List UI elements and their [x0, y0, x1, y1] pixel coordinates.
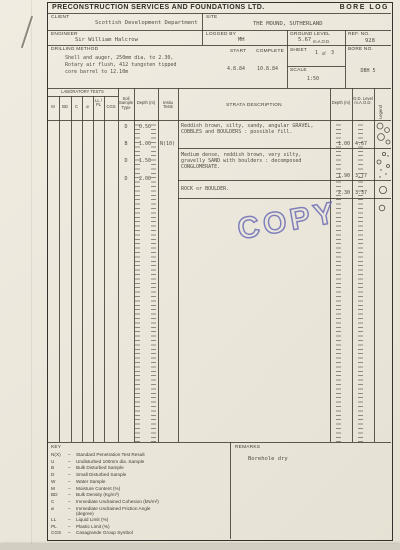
ground-level-value: 5.67 — [298, 37, 311, 43]
strata-description: ROCK or BOULDER. — [181, 186, 328, 192]
grid-line — [287, 66, 345, 67]
complete-label: COMPLETE — [256, 49, 284, 54]
grid-line — [287, 30, 288, 88]
depth2-header: Depth (m) — [331, 101, 351, 105]
key-dash: – — [68, 486, 76, 493]
remarks-label: REMARKS — [235, 445, 260, 450]
site-value: THE MOUND, SUTHERLAND — [253, 21, 323, 27]
grid-line — [71, 96, 72, 442]
engineer-value: Sir William Halcrow — [75, 37, 138, 43]
grid-line — [82, 96, 83, 442]
key-desc: Water Sample — [76, 479, 168, 485]
sample-type: D — [118, 158, 134, 164]
key-abbr: U — [51, 459, 68, 466]
key-entry: PL–Plastic Limit (%) — [51, 524, 227, 531]
key-dash: – — [68, 530, 76, 537]
grid-line — [330, 88, 331, 442]
key-abbr: C — [51, 499, 68, 506]
drilling-method-line3: core barrel to 12.10m — [65, 69, 128, 75]
key-abbr: B — [51, 465, 68, 472]
depth-tick-rail — [151, 120, 156, 442]
drilling-method-line2: Rotary air flush, 412 tungsten tipped — [65, 62, 176, 68]
sample-type: D — [118, 176, 134, 182]
ref-no-label: REF. NO. — [348, 32, 370, 37]
key-dash: – — [68, 479, 76, 486]
grid-line — [47, 442, 391, 443]
lab-col-c: C — [71, 105, 82, 109]
complete-date: 10.8.84 — [257, 66, 278, 72]
bore-log-page: PRECONSTRUCTION SERVICES AND FOUNDATIONS… — [0, 0, 400, 550]
key-desc: Plastic Limit (%) — [76, 524, 168, 530]
key-desc: Undisturbed 100mm dia. Sample — [76, 459, 168, 465]
key-abbr: LL — [51, 517, 68, 524]
key-entry: W–Water Sample — [51, 479, 227, 486]
key-abbr: CGS — [51, 530, 68, 537]
lab-col-bd: BD — [59, 105, 71, 109]
key-entry: ø–Immediate Undrained Friction Angle (de… — [51, 506, 227, 517]
scale-value: 1:50 — [307, 76, 319, 82]
key-desc: Liquid Limit (%) — [76, 517, 168, 523]
key-abbr: PL — [51, 524, 68, 531]
key-dash: – — [68, 465, 76, 472]
key-dash: – — [68, 452, 76, 459]
scale-label: SCALE — [290, 68, 307, 73]
key-list: N(X)–Standard Penetration Test Result U–… — [51, 452, 227, 537]
doc-type-title: BORE LOG — [333, 4, 389, 11]
od-tick-rail — [358, 120, 363, 442]
key-dash: – — [68, 517, 76, 524]
sample-depth: 1.50 — [135, 158, 155, 164]
strata-description: Reddish brown, silty, sandy, angular GRA… — [181, 123, 328, 135]
strata-od: 4.67 — [355, 141, 373, 147]
strata-od: 3.77 — [355, 173, 373, 179]
depth-header: Depth (m) — [136, 101, 156, 105]
grid-line — [158, 88, 159, 442]
sample-type: B — [118, 141, 134, 147]
key-abbr: BD — [51, 492, 68, 499]
strata-depth: 1.00 — [332, 141, 350, 147]
grid-line — [47, 13, 391, 14]
key-entry: D–Small Disturbed Sample — [51, 472, 227, 479]
logged-by-label: LOGGED BY — [206, 32, 236, 37]
sample-type: D — [118, 124, 134, 130]
remarks-value: Borehole dry — [248, 456, 288, 462]
depth-tick-rail — [336, 120, 341, 442]
key-dash: – — [68, 492, 76, 499]
engineer-label: ENGINEER — [51, 32, 78, 37]
grid-line — [230, 442, 231, 539]
key-entry: U–Undisturbed 100mm dia. Sample — [51, 459, 227, 466]
key-dash: – — [68, 499, 76, 506]
grid-line — [202, 13, 203, 45]
sample-depth: 0.50 — [135, 124, 155, 130]
lab-col-m: M — [47, 105, 59, 109]
insitu-header: Insitu Tests — [159, 101, 177, 110]
key-desc: Immediate Undrained Friction Angle (degr… — [76, 506, 168, 517]
strata-description-header: STRATA DESCRIPTION — [178, 103, 330, 108]
od-level-header: O.D. Level m.A.O.D. — [353, 97, 373, 106]
soil-sample-header: Soil Sample Type — [119, 97, 133, 110]
key-desc: Casagrande Group Symbol — [76, 530, 168, 536]
lab-col-phi: ø — [82, 105, 93, 109]
sample-depth: 1.00 — [135, 141, 155, 147]
key-dash: – — [68, 472, 76, 479]
key-desc: Immediate Undrained Cohesion (kN/m²) — [76, 499, 168, 505]
key-abbr: ø — [51, 506, 68, 513]
bore-no-label: BORE NO. — [348, 47, 373, 52]
sheet-of-label: of — [322, 52, 326, 56]
depth-tick-rail — [135, 120, 140, 442]
key-entry: C–Immediate Undrained Cohesion (kN/m²) — [51, 499, 227, 506]
grid-line — [59, 96, 60, 442]
key-entry: LL–Liquid Limit (%) — [51, 517, 227, 524]
key-desc: Moisture Content (%) — [76, 486, 168, 492]
drilling-method-line1: Shell and auger, 250mm dia, to 2.30, — [65, 55, 173, 61]
grid-line — [352, 88, 353, 442]
key-entry: M–Moisture Content (%) — [51, 486, 227, 493]
insitu-test-result: N(10) — [160, 141, 175, 147]
key-dash: – — [68, 459, 76, 466]
sheet-no: 1 — [315, 50, 318, 56]
client-value: Scottish Development Department — [95, 20, 198, 26]
lab-tests-header: LABORATORY TESTS — [47, 90, 118, 94]
ref-no-value: 928 — [365, 38, 375, 44]
grid-line — [104, 96, 105, 442]
sheet-total: 3 — [331, 50, 334, 56]
key-desc: Bulk Density (Kg/m³) — [76, 492, 168, 498]
legend-symbols — [375, 120, 392, 220]
key-dash: – — [68, 506, 76, 513]
key-abbr: W — [51, 479, 68, 486]
lab-col-ll-pl: LL / PL — [94, 99, 103, 107]
key-abbr: N(X) — [51, 452, 68, 459]
sheet-label: SHEET — [290, 48, 307, 53]
grid-line — [93, 96, 94, 442]
key-entry: CGS–Casagrande Group Symbol — [51, 530, 227, 537]
key-entry: BD–Bulk Density (Kg/m³) — [51, 492, 227, 499]
key-abbr: D — [51, 472, 68, 479]
key-desc: Bulk Disturbed Sample — [76, 465, 168, 471]
logged-by-value: MH — [238, 37, 245, 43]
paper-bottom-edge — [0, 544, 400, 550]
key-dash: – — [68, 524, 76, 531]
grid-line — [47, 45, 391, 46]
bore-no-value: DBH 5 — [348, 68, 388, 74]
grid-line — [345, 30, 346, 88]
key-desc: Small Disturbed Sample — [76, 472, 168, 478]
ground-level-unit: m.A.O.D. — [313, 40, 330, 44]
sample-depth: 2.00 — [135, 176, 155, 182]
key-label: KEY — [51, 445, 61, 450]
key-abbr: M — [51, 486, 68, 493]
key-desc: Standard Penetration Test Result — [76, 452, 168, 458]
grid-line — [178, 88, 179, 442]
site-label: SITE — [206, 15, 217, 20]
lab-col-cgs: CGS — [104, 105, 118, 109]
key-entry: B–Bulk Disturbed Sample — [51, 465, 227, 472]
company-title: PRECONSTRUCTION SERVICES AND FOUNDATIONS… — [52, 4, 265, 11]
strata-depth: 1.90 — [332, 173, 350, 179]
start-date: 4.8.84 — [227, 66, 245, 72]
grid-line — [47, 30, 391, 31]
client-label: CLIENT — [51, 15, 69, 20]
strata-description: Medium dense, reddish brown, very silty,… — [181, 152, 328, 170]
paper-crease — [31, 0, 32, 545]
drilling-method-label: DRILLING METHOD — [51, 47, 98, 52]
start-label: START — [230, 49, 246, 54]
key-entry: N(X)–Standard Penetration Test Result — [51, 452, 227, 459]
legend-header: Legend — [378, 95, 383, 119]
